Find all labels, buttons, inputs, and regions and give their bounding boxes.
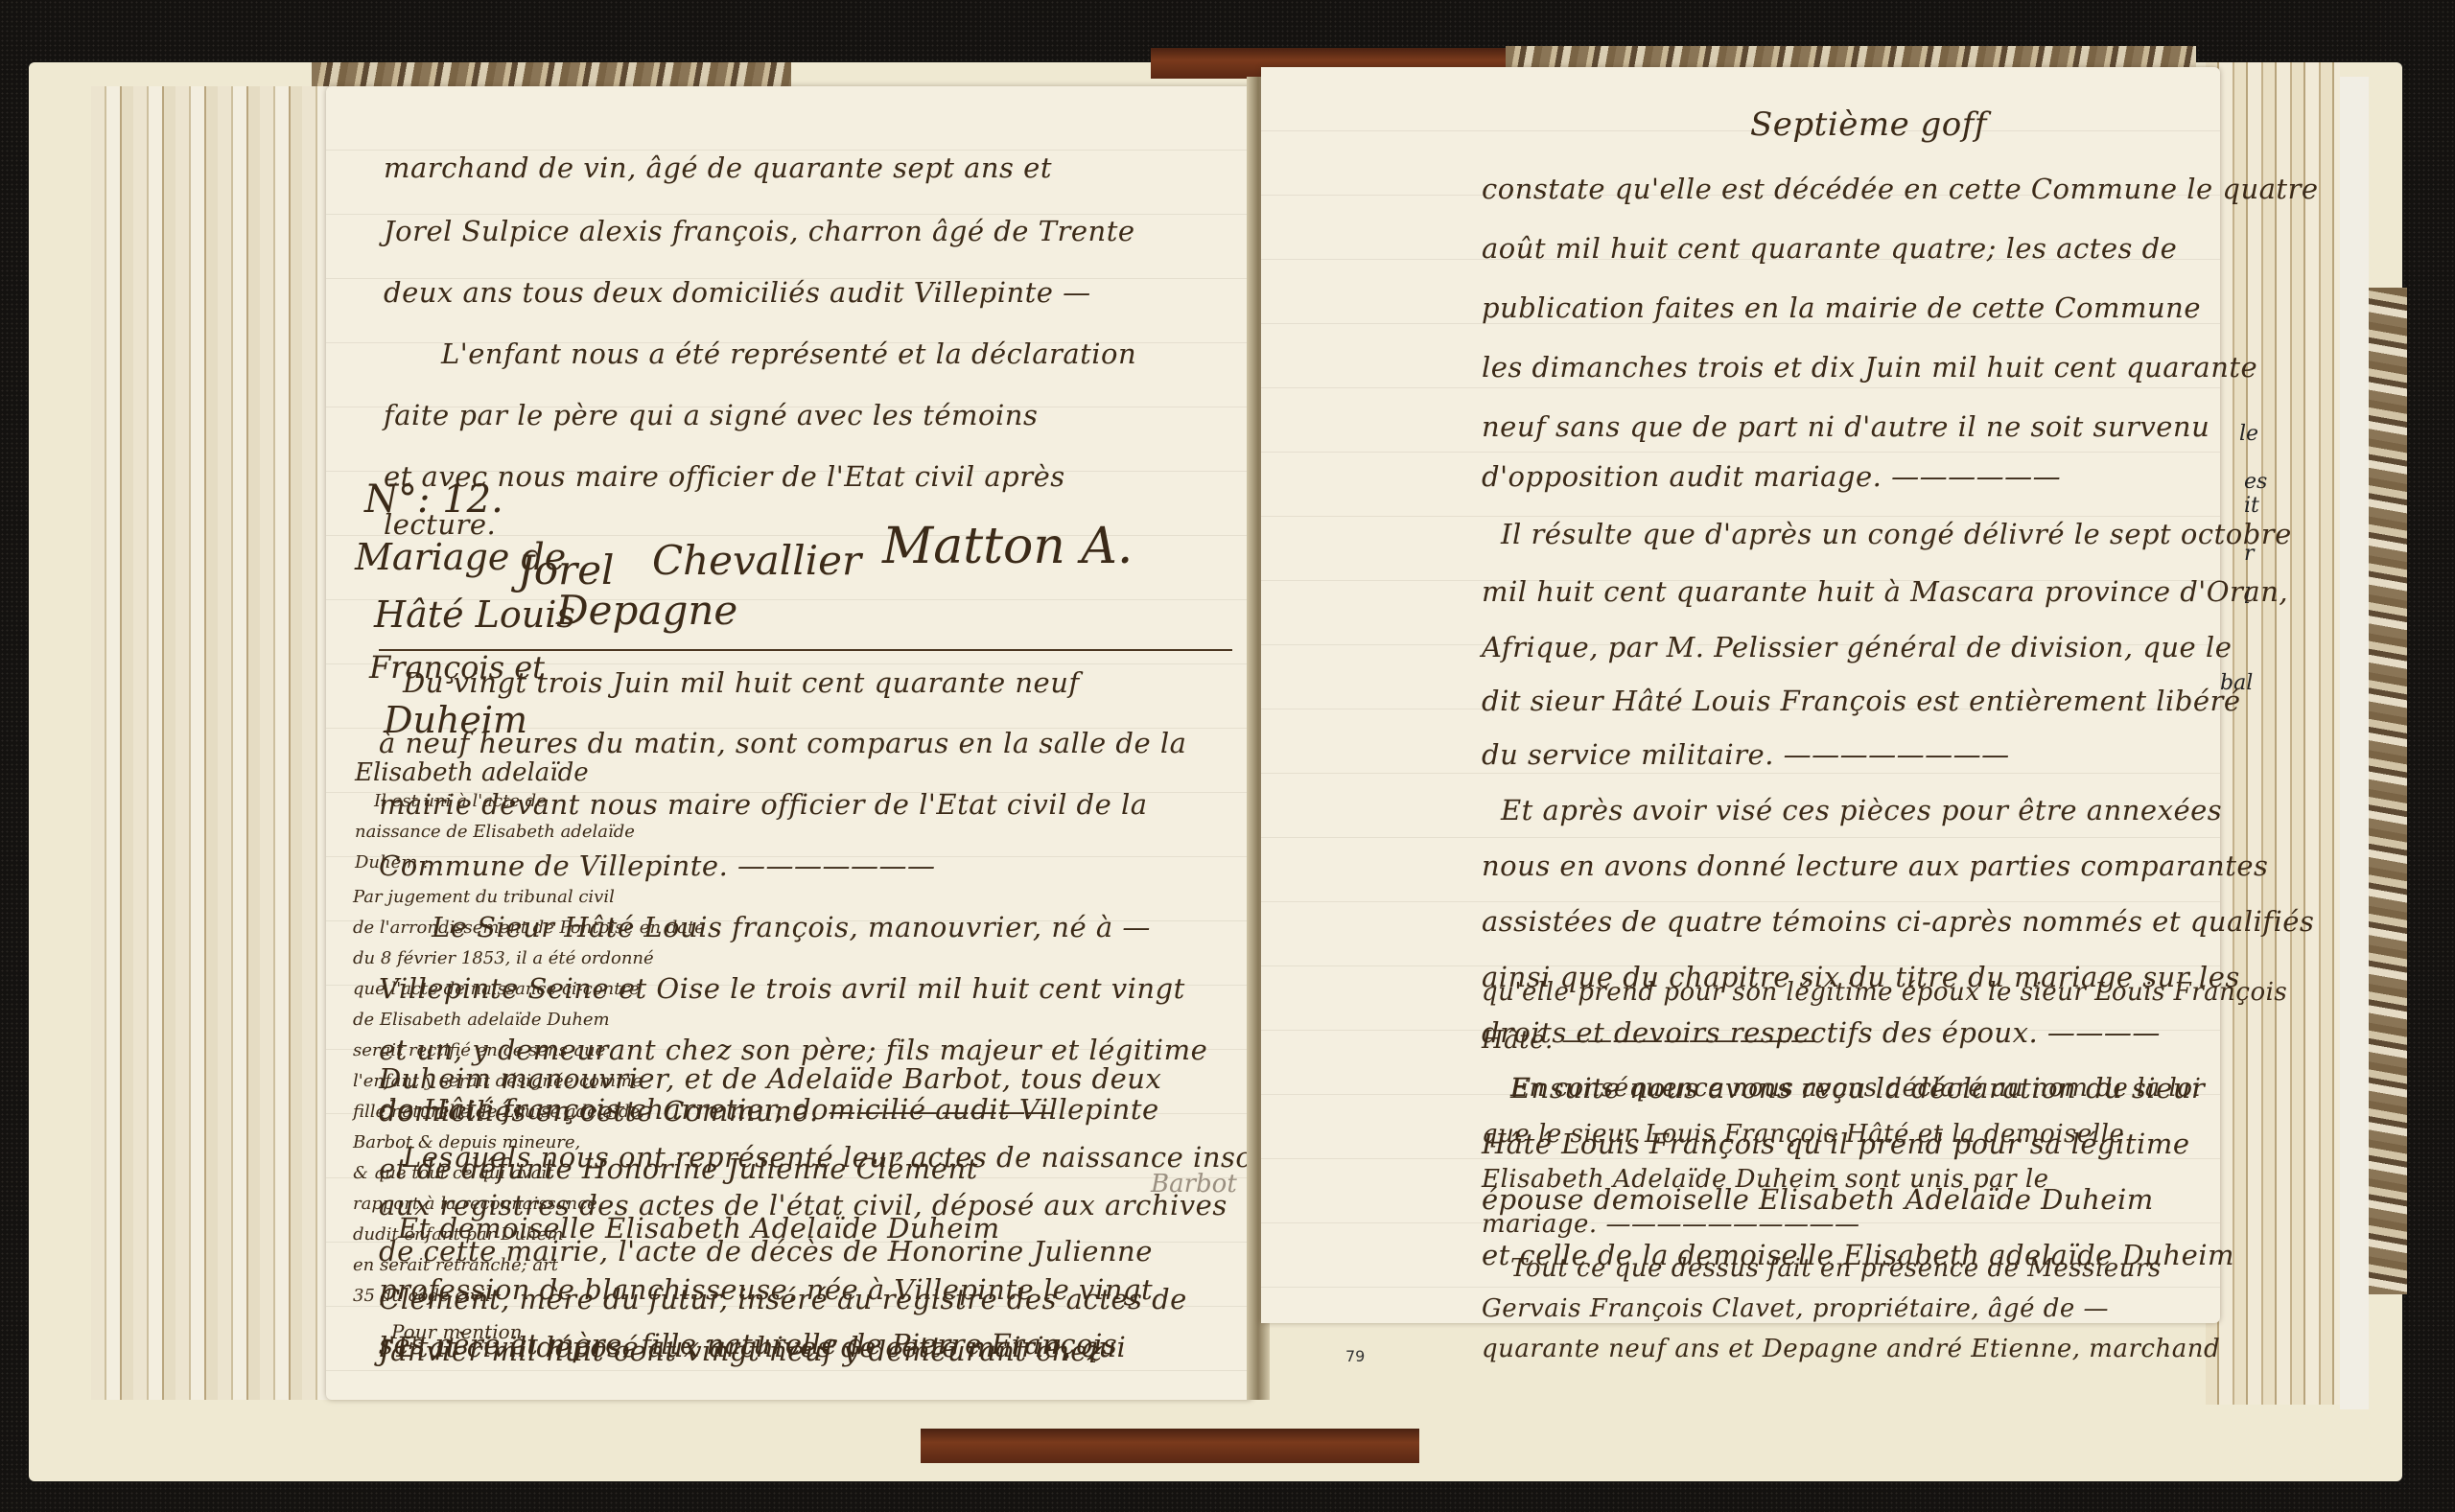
- page-edges-right: [2206, 62, 2340, 1405]
- text-line: qu'elle prend pour son légitime époux le…: [1482, 978, 2287, 1007]
- right-page-lower-text: qu'elle prend pour son légitime époux le…: [1482, 0, 2210, 1512]
- text-line: que le sieur Louis François Hâté et la d…: [1482, 1120, 2124, 1149]
- page-edges-left: [91, 86, 331, 1400]
- folder-flap-right: [2340, 77, 2369, 1409]
- text-line: Clément, mère du futur, inséré au regist…: [379, 1283, 1187, 1315]
- text-line: Hâté. ——————————: [1482, 1026, 1816, 1055]
- left-page-act-continued: Duheim manouvrier, et de Adelaïde Barbot…: [379, 0, 1242, 1512]
- text-line: mariage. ——————————: [1482, 1210, 1859, 1239]
- text-line: Gervais François Clavet, propriétaire, â…: [1482, 1294, 2109, 1323]
- page-number: 79: [1345, 1347, 1365, 1365]
- edge-peek-text: es: [2244, 470, 2267, 494]
- edge-peek-text: le: [2239, 422, 2258, 446]
- text-line: domiciliés en cette Commune. ————————: [379, 1095, 1054, 1128]
- text-line: de cette mairie, l'acte de décès de Hono…: [379, 1235, 1153, 1268]
- text-line: En conséquence nous avons déclaré au nom…: [1510, 1074, 2201, 1103]
- text-line: l'Etat civil déposé aux archives de cett…: [379, 1331, 1126, 1363]
- text-line: Duheim manouvrier, et de Adelaïde Barbot…: [379, 1062, 1161, 1095]
- text-line: aux registres des actes de l'état civil,…: [379, 1189, 1227, 1221]
- text-line: Elisabeth Adelaïde Duheim sont unis par …: [1482, 1165, 2049, 1194]
- text-line: quarante neuf ans et Depagne andré Etien…: [1482, 1335, 2220, 1363]
- marbled-cover-right: [2364, 288, 2407, 1294]
- text-line: Tout ce que dessus fait en présence de M…: [1510, 1254, 2162, 1283]
- edge-peek-text: it: [2244, 494, 2259, 518]
- text-line: Lesquels nous ont représenté leur actes …: [403, 1141, 1286, 1174]
